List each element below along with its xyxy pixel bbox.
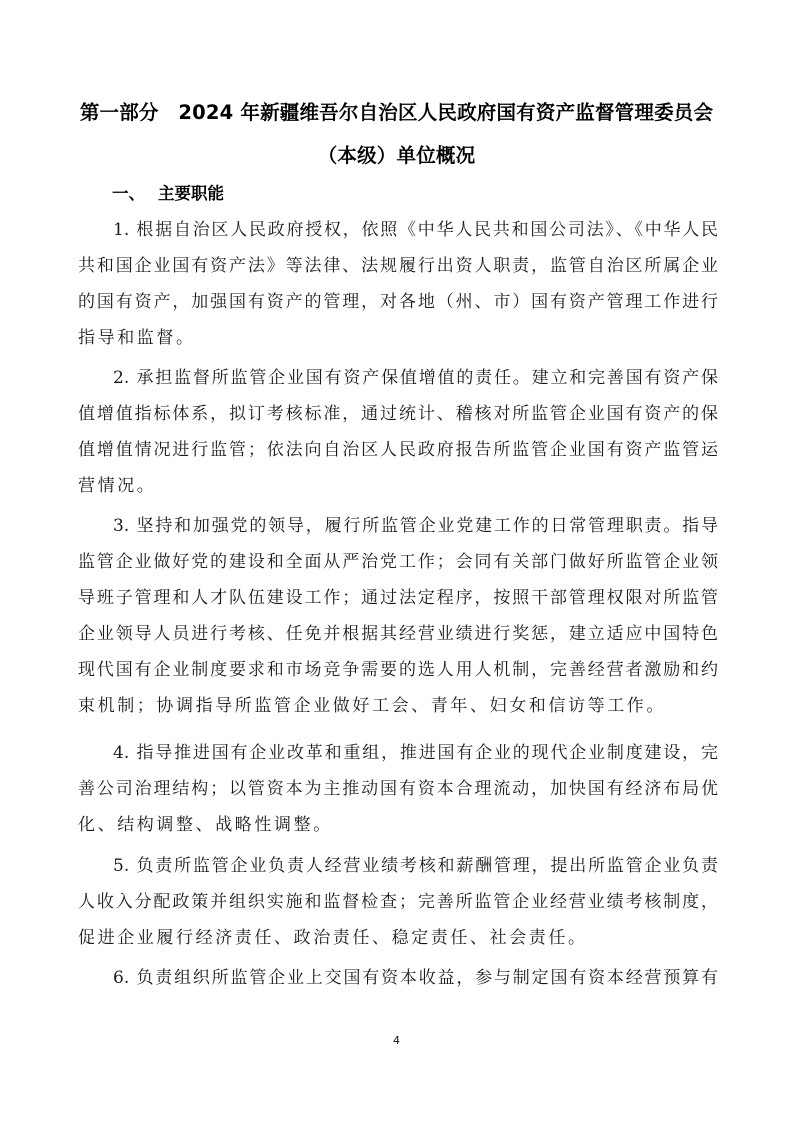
paragraph-line: 束机制；协调指导所监管企业做好工会、青年、妇女和信访等工作。 (78, 694, 718, 718)
paragraph-line: 营情况。 (78, 474, 718, 498)
paragraph-line: 共和国企业国有资产法》等法律、法规履行出资人职责，监管自治区所属企业 (78, 254, 718, 278)
paragraph-line: 指导和监督。 (78, 326, 718, 350)
paragraph-line: 4. 指导推进国有企业改革和重组，推进国有企业的现代企业制度建设，完 (113, 741, 718, 765)
paragraph-line: 化、结构调整、战略性调整。 (78, 813, 718, 837)
paragraph-line: 5. 负责所监管企业负责人经营业绩考核和薪酬管理，提出所监管企业负责 (113, 854, 718, 878)
paragraph-line: 6. 负责组织所监管企业上交国有资本收益，参与制定国有资本经营预算有 (113, 966, 718, 990)
section-title: 主要职能 (158, 184, 224, 203)
paragraph-line: 人收入分配政策并组织实施和监督检查；完善所监管企业经营业绩考核制度， (78, 890, 718, 914)
paragraph-line: 促进企业履行经济责任、政治责任、稳定责任、社会责任。 (78, 926, 718, 950)
document-title-line-2: （本级）单位概况 (0, 140, 793, 168)
paragraph-line: 值增值指标体系，拟订考核标准，通过统计、稽核对所监管企业国有资产的保 (78, 402, 718, 426)
section-heading: 一、主要职能 (112, 180, 224, 204)
document-page: 第一部分 2024 年新疆维吾尔自治区人民政府国有资产监督管理委员会 （本级）单… (0, 0, 793, 1122)
paragraph-line: 现代国有企业制度要求和市场竞争需要的选人用人机制，完善经营者激励和约 (78, 658, 718, 682)
document-title-line-1: 第一部分 2024 年新疆维吾尔自治区人民政府国有资产监督管理委员会 (0, 97, 793, 125)
paragraph-line: 导班子管理和人才队伍建设工作；通过法定程序，按照干部管理权限对所监管 (78, 586, 718, 610)
paragraph-line: 的国有资产，加强国有资产的管理，对各地（州、市）国有资产管理工作进行 (78, 290, 718, 314)
paragraph-line: 2. 承担监督所监管企业国有资产保值增值的责任。建立和完善国有资产保 (113, 366, 718, 390)
paragraph-line: 值增值情况进行监管；依法向自治区人民政府报告所监管企业国有资产监管运 (78, 438, 718, 462)
page-number: 4 (0, 1034, 793, 1047)
paragraph-line: 监管企业做好党的建设和全面从严治党工作；会同有关部门做好所监管企业领 (78, 550, 718, 574)
paragraph-line: 企业领导人员进行考核、任免并根据其经营业绩进行奖惩，建立适应中国特色 (78, 622, 718, 646)
paragraph-line: 3. 坚持和加强党的领导，履行所监管企业党建工作的日常管理职责。指导 (113, 514, 718, 538)
paragraph-line: 1. 根据自治区人民政府授权，依照《中华人民共和国公司法》、《中华人民 (113, 218, 718, 242)
section-number: 一、 (112, 180, 158, 204)
paragraph-line: 善公司治理结构；以管资本为主推动国有资本合理流动，加快国有经济布局优 (78, 777, 718, 801)
